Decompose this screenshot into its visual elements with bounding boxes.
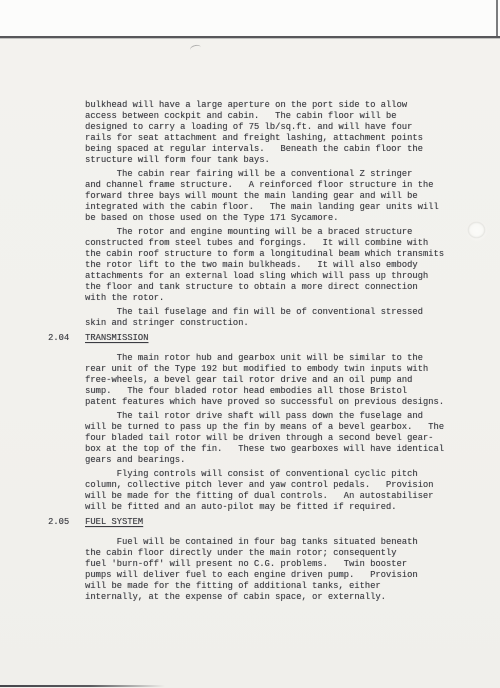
section-heading-fuel-system: 2.05 FUEL SYSTEM: [48, 517, 460, 528]
section-title: TRANSMISSION: [85, 333, 149, 344]
paragraph-continuation: bulkhead will have a large aperture on t…: [85, 100, 460, 166]
paragraph-flying-controls: Flying controls will consist of conventi…: [85, 469, 460, 513]
paragraph-cabin-rear-fairing: The cabin rear fairing will be a convent…: [85, 169, 460, 224]
page-bottom-edge: [0, 685, 165, 687]
paragraph-rotor-engine-mounting: The rotor and engine mounting will be a …: [85, 227, 460, 304]
page-top-edge: [0, 0, 500, 38]
section-number: 2.04: [48, 333, 85, 344]
paragraph-tail-fuselage: The tail fuselage and fin will be of con…: [85, 307, 460, 329]
paragraph-tail-rotor-drive: The tail rotor drive shaft will pass dow…: [85, 411, 460, 466]
section-number: 2.05: [48, 517, 85, 528]
document-body: bulkhead will have a large aperture on t…: [48, 100, 460, 606]
punch-hole-mark: [468, 222, 485, 238]
section-heading-transmission: 2.04 TRANSMISSION: [48, 333, 460, 344]
scanned-document-page: bulkhead will have a large aperture on t…: [0, 0, 500, 688]
section-title: FUEL SYSTEM: [85, 517, 144, 528]
pencil-mark: [189, 44, 201, 53]
paragraph-main-rotor-hub: The main rotor hub and gearbox unit will…: [85, 353, 460, 408]
page-edge-vertical-line: [496, 0, 498, 36]
paragraph-fuel-tanks: Fuel will be contained in four bag tanks…: [85, 537, 460, 603]
